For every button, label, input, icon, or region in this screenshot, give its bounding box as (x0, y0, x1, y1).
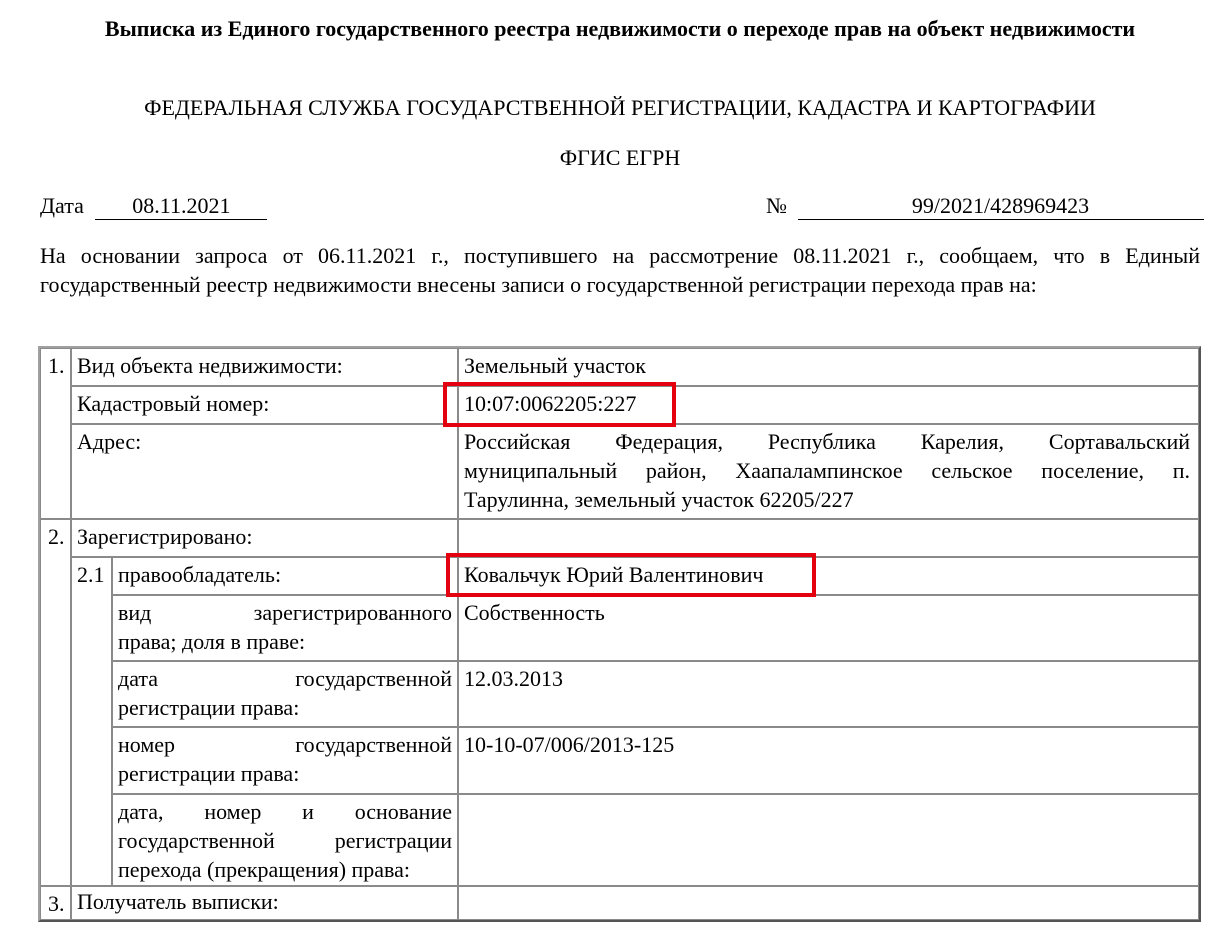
address-line-1: Российская Федерация, Республика Карелия… (464, 427, 1190, 456)
transfer-basis-label-line-3: перехода (прекращения) права: (118, 855, 452, 884)
transfer-basis-label-line-1: дата, номер и основание (118, 797, 452, 826)
document-number-line: № 99/2021/428969423 (766, 192, 1204, 220)
address-value: Российская Федерация, Республика Карелия… (458, 424, 1199, 519)
transfer-basis-label-line-2: государственной регистрации (118, 826, 452, 855)
registration-date-label-line-1: дата государственной (118, 664, 452, 693)
document-title: Выписка из Единого государственного реес… (100, 14, 1140, 43)
right-type-label: вид зарегистрированного права; доля в пр… (112, 595, 458, 661)
section-1-number: 1. (40, 348, 71, 519)
section-3-number: 3. (40, 886, 71, 920)
registration-date-value: 12.03.2013 (458, 661, 1199, 727)
holder-value: Ковальчук Юрий Валентинович (458, 557, 1199, 595)
object-type-label: Вид объекта недвижимости: (71, 348, 458, 386)
cadastral-value: 10:07:0062205:227 (458, 386, 1199, 424)
transfer-basis-value (458, 794, 1199, 886)
subsection-2-1-number: 2.1 (71, 557, 112, 886)
transfer-basis-label: дата, номер и основание государственной … (112, 794, 458, 886)
address-line-3: Тарулинна, земельный участок 62205/227 (464, 485, 1190, 514)
right-type-value: Собственность (458, 595, 1199, 661)
registration-number-value: 10-10-07/006/2013-125 (458, 727, 1199, 794)
registered-label: Зарегистрировано: (71, 519, 458, 557)
registration-date-label-line-2: регистрации права: (118, 693, 452, 722)
right-type-label-line-1: вид зарегистрированного (118, 598, 452, 627)
object-type-value: Земельный участок (458, 348, 1199, 386)
rights-table: 1. Вид объекта недвижимости: Земельный у… (38, 346, 1201, 922)
document-number-value: 99/2021/428969423 (798, 193, 1204, 220)
intro-paragraph: На основании запроса от 06.11.2021 г., п… (40, 241, 1200, 299)
recipient-label: Получатель выписки: (71, 886, 458, 920)
registration-number-label-line-2: регистрации права: (118, 759, 452, 788)
date-label: Дата (40, 193, 84, 218)
cadastral-label: Кадастровый номер: (71, 386, 458, 424)
address-line-2: муниципальный район, Хаапалампинское сел… (464, 456, 1190, 485)
system-name: ФГИС ЕГРН (0, 144, 1227, 172)
recipient-value (458, 886, 1199, 920)
address-label: Адрес: (71, 424, 458, 519)
date-line: Дата 08.11.2021 (40, 192, 267, 220)
registration-date-label: дата государственной регистрации права: (112, 661, 458, 727)
holder-label: правообладатель: (112, 557, 458, 595)
agency-name: ФЕДЕРАЛЬНАЯ СЛУЖБА ГОСУДАРСТВЕННОЙ РЕГИС… (0, 94, 1227, 122)
section-2-number: 2. (40, 519, 71, 886)
registration-number-label-line-1: номер государственной (118, 730, 452, 759)
registration-number-label: номер государственной регистрации права: (112, 727, 458, 794)
right-type-label-line-2: права; доля в праве: (118, 627, 452, 656)
registered-value (458, 519, 1199, 557)
number-label: № (766, 193, 787, 218)
date-value: 08.11.2021 (95, 193, 267, 220)
